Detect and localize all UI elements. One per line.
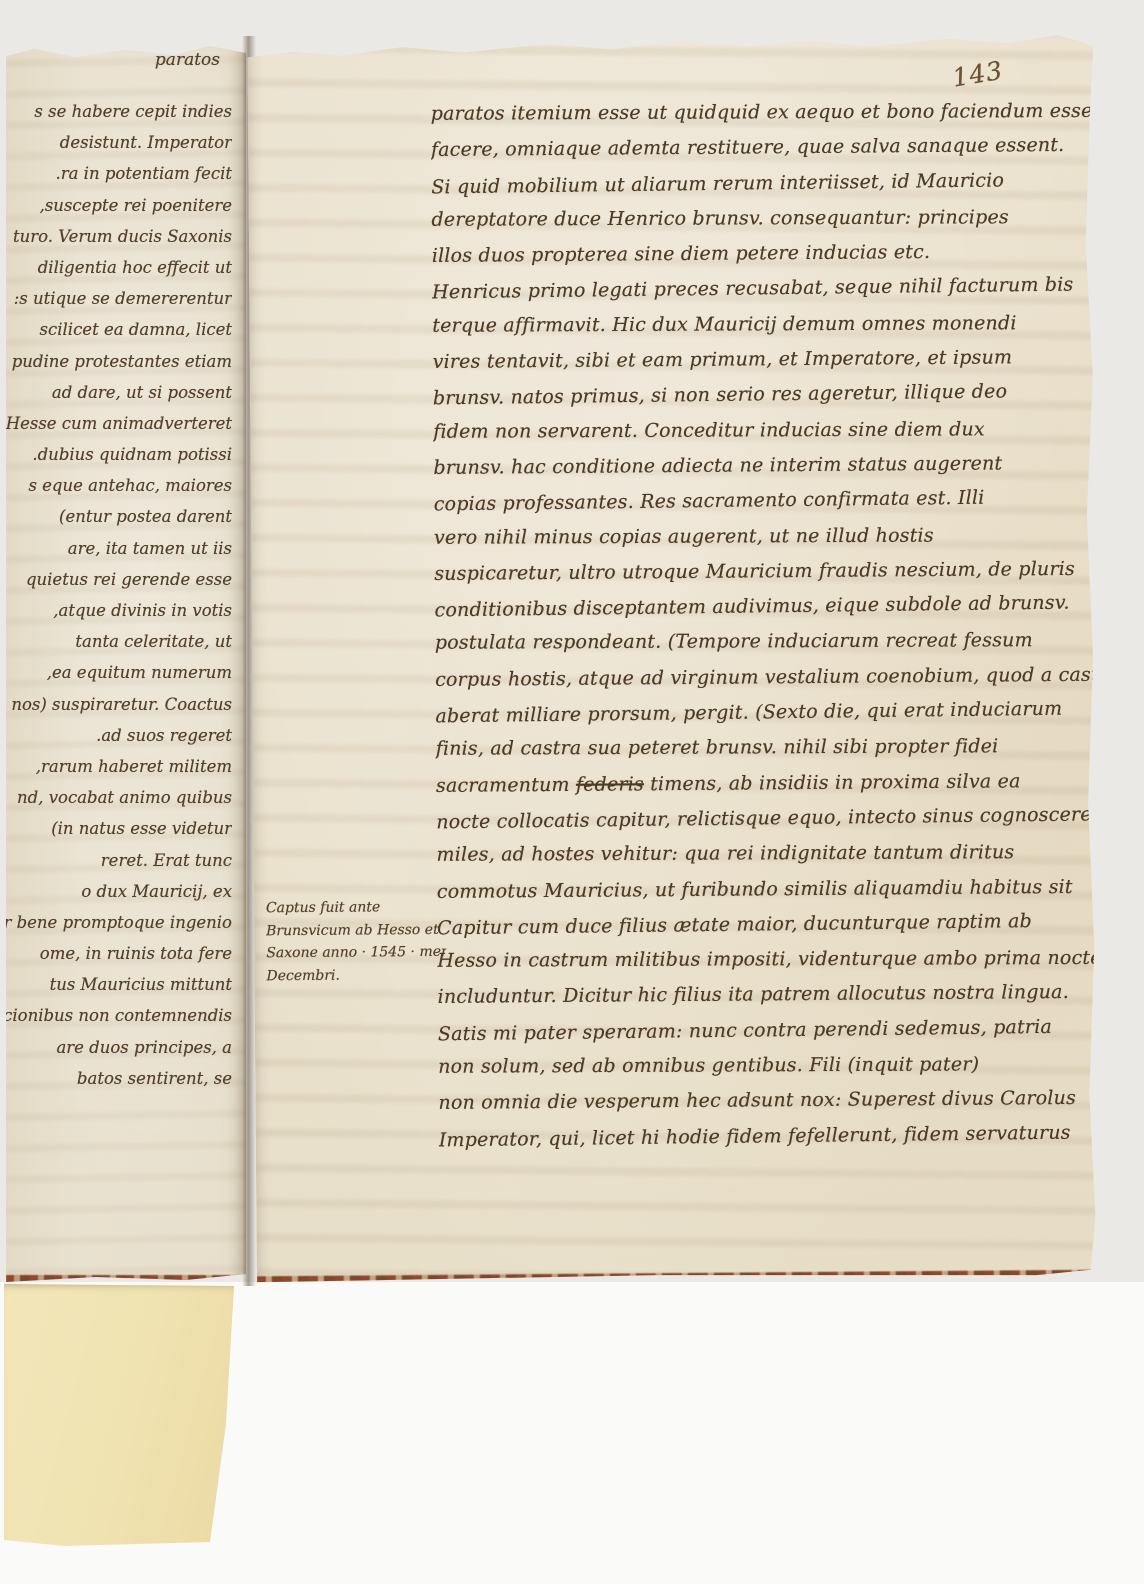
manuscript-text-line: suscepte rei poenitere, bbox=[6, 190, 232, 221]
manuscript-text-line: s se habere cepit indies bbox=[6, 96, 232, 127]
manuscript-text-line: Saxone anno · 1545 · mense bbox=[266, 941, 446, 965]
manuscript-text-line: ea equitum numerum, bbox=[6, 657, 232, 688]
manuscript-text-line: facere, omniaque ademta restituere, quae… bbox=[431, 128, 1096, 169]
main-page: 143 Captus fuit anteBrunsvicum ab Hesso … bbox=[247, 35, 1105, 1288]
manuscript-text-line: finis, ad castra sua peteret brunsv. nih… bbox=[436, 729, 1101, 767]
manuscript-text-line: miles, ad hostes vehitur: qua rei indign… bbox=[436, 835, 1101, 873]
manuscript-text-line: Capitur cum duce filius ætate maior, duc… bbox=[437, 903, 1102, 946]
manuscript-text-line: are, ita tamen ut iis bbox=[6, 533, 232, 564]
manuscript-text-line: non omnia die vesperum hec adsunt nox: S… bbox=[438, 1081, 1103, 1122]
manuscript-text-line: non solum, sed ab omnibus gentibus. Fili… bbox=[438, 1047, 1103, 1085]
manuscript-text-line: in natus esse videtur) bbox=[6, 813, 232, 844]
manuscript-text-line: are duos principes, a bbox=[6, 1032, 232, 1063]
manuscript-text-line: desistunt. Imperator bbox=[6, 127, 232, 158]
manuscript-text-line: copias professantes. Res sacramento conf… bbox=[434, 479, 1099, 522]
manuscript-text-line: aberat milliare prorsum, pergit. (Sexto … bbox=[435, 691, 1100, 734]
manuscript-text-line: Si quid mobilium ut aliarum rerum interi… bbox=[431, 162, 1096, 205]
manuscript-text-line: tanta celeritate, ut bbox=[6, 626, 232, 657]
manuscript-text-line: tus Mauricius mittunt bbox=[6, 969, 232, 1000]
manuscript-text-line: Imperator, qui, licet hi hodie fidem fef… bbox=[439, 1115, 1104, 1158]
manuscript-text-line: s eque antehac, maiores bbox=[6, 470, 232, 501]
manuscript-text-line: nos) suspiraretur. Coactus bbox=[6, 689, 232, 720]
margin-note: Captus fuit anteBrunsvicum ab Hesso etSa… bbox=[266, 896, 447, 987]
manuscript-text-line: cionibus non contemnendis. bbox=[6, 1000, 232, 1031]
manuscript-text-line: Satis mi pater speraram: nunc contra per… bbox=[438, 1009, 1103, 1052]
manuscript-text-line: postulata respondeant. (Tempore induciar… bbox=[435, 623, 1100, 661]
manuscript-text-line: batos sentirent, se bbox=[6, 1063, 232, 1094]
manuscript-text-line: Henricus primo legati preces recusabat, … bbox=[432, 268, 1097, 311]
manuscript-text-line: r bene promptoque ingenio bbox=[6, 907, 232, 938]
manuscript-text-line: turo. Verum ducis Saxonis bbox=[6, 221, 232, 252]
manuscript-text-line: Hesse cum animadverteret bbox=[6, 408, 232, 439]
manuscript-text-line: ome, in ruinis tota fere bbox=[6, 938, 232, 969]
manuscript-text-line: vero nihil minus copias augerent, ut ne … bbox=[434, 517, 1099, 555]
manuscript-text-line: ad suos regeret. bbox=[6, 720, 232, 751]
main-text-block: paratos itemium esse ut quidquid ex aequ… bbox=[431, 93, 1104, 1157]
under-leaf-page bbox=[4, 1284, 234, 1546]
previous-page-edge: s se habere cepit indiesdesistunt. Imper… bbox=[6, 44, 246, 1284]
manuscript-text-line: rarum haberet militem, bbox=[6, 751, 232, 782]
manuscript-scan: s se habere cepit indiesdesistunt. Imper… bbox=[0, 0, 1144, 1584]
manuscript-text-line: scilicet ea damna, licet bbox=[6, 314, 232, 345]
manuscript-text-line: paratos itemium esse ut quidquid ex aequ… bbox=[431, 94, 1096, 132]
manuscript-text-line: Captus fuit ante bbox=[266, 896, 446, 920]
previous-page-text-fragments: s se habere cepit indiesdesistunt. Imper… bbox=[6, 96, 238, 1094]
manuscript-text-line: fidem non servarent. Conceditur inducias… bbox=[433, 412, 1098, 450]
manuscript-text-line: Brunsvicum ab Hesso et bbox=[266, 918, 446, 942]
manuscript-text-line: s utique se demererentur: bbox=[6, 283, 232, 314]
manuscript-text-line: terque affirmavit. Hic dux Mauricij demu… bbox=[432, 306, 1097, 344]
manuscript-text-line: Hesso in castrum militibus impositi, vid… bbox=[437, 941, 1102, 979]
manuscript-text-line: dubius quidnam potissi. bbox=[6, 439, 232, 470]
manuscript-text-line: ra in potentiam fecit. bbox=[6, 158, 232, 189]
manuscript-text-line: nd, vocabat animo quibus bbox=[6, 782, 232, 813]
manuscript-text-line: nocte collocatis capitur, relictisque eq… bbox=[436, 797, 1101, 840]
folio-number: 143 bbox=[951, 56, 1006, 93]
manuscript-text-line: diligentia hoc effecit ut bbox=[6, 252, 232, 283]
catchword: paratos bbox=[6, 50, 220, 70]
manuscript-text-line: entur postea darent) bbox=[6, 501, 232, 532]
manuscript-text-line: dereptatore duce Henrico brunsv. consequ… bbox=[431, 200, 1096, 238]
manuscript-text-line: atque divinis in votis, bbox=[6, 595, 232, 626]
manuscript-text-line: reret. Erat tunc bbox=[6, 845, 232, 876]
manuscript-text-line: Decembri. bbox=[266, 963, 446, 987]
manuscript-text-line: quietus rei gerende esse bbox=[6, 564, 232, 595]
manuscript-text-line: o dux Mauricij, ex bbox=[6, 876, 232, 907]
manuscript-text-line: pudine protestantes etiam bbox=[6, 346, 232, 377]
struck-out-word: federis bbox=[576, 773, 644, 796]
manuscript-text-line: ad dare, ut si possent bbox=[6, 377, 232, 408]
manuscript-text-line: brunsv. natos primus, si non serio res a… bbox=[433, 374, 1098, 417]
